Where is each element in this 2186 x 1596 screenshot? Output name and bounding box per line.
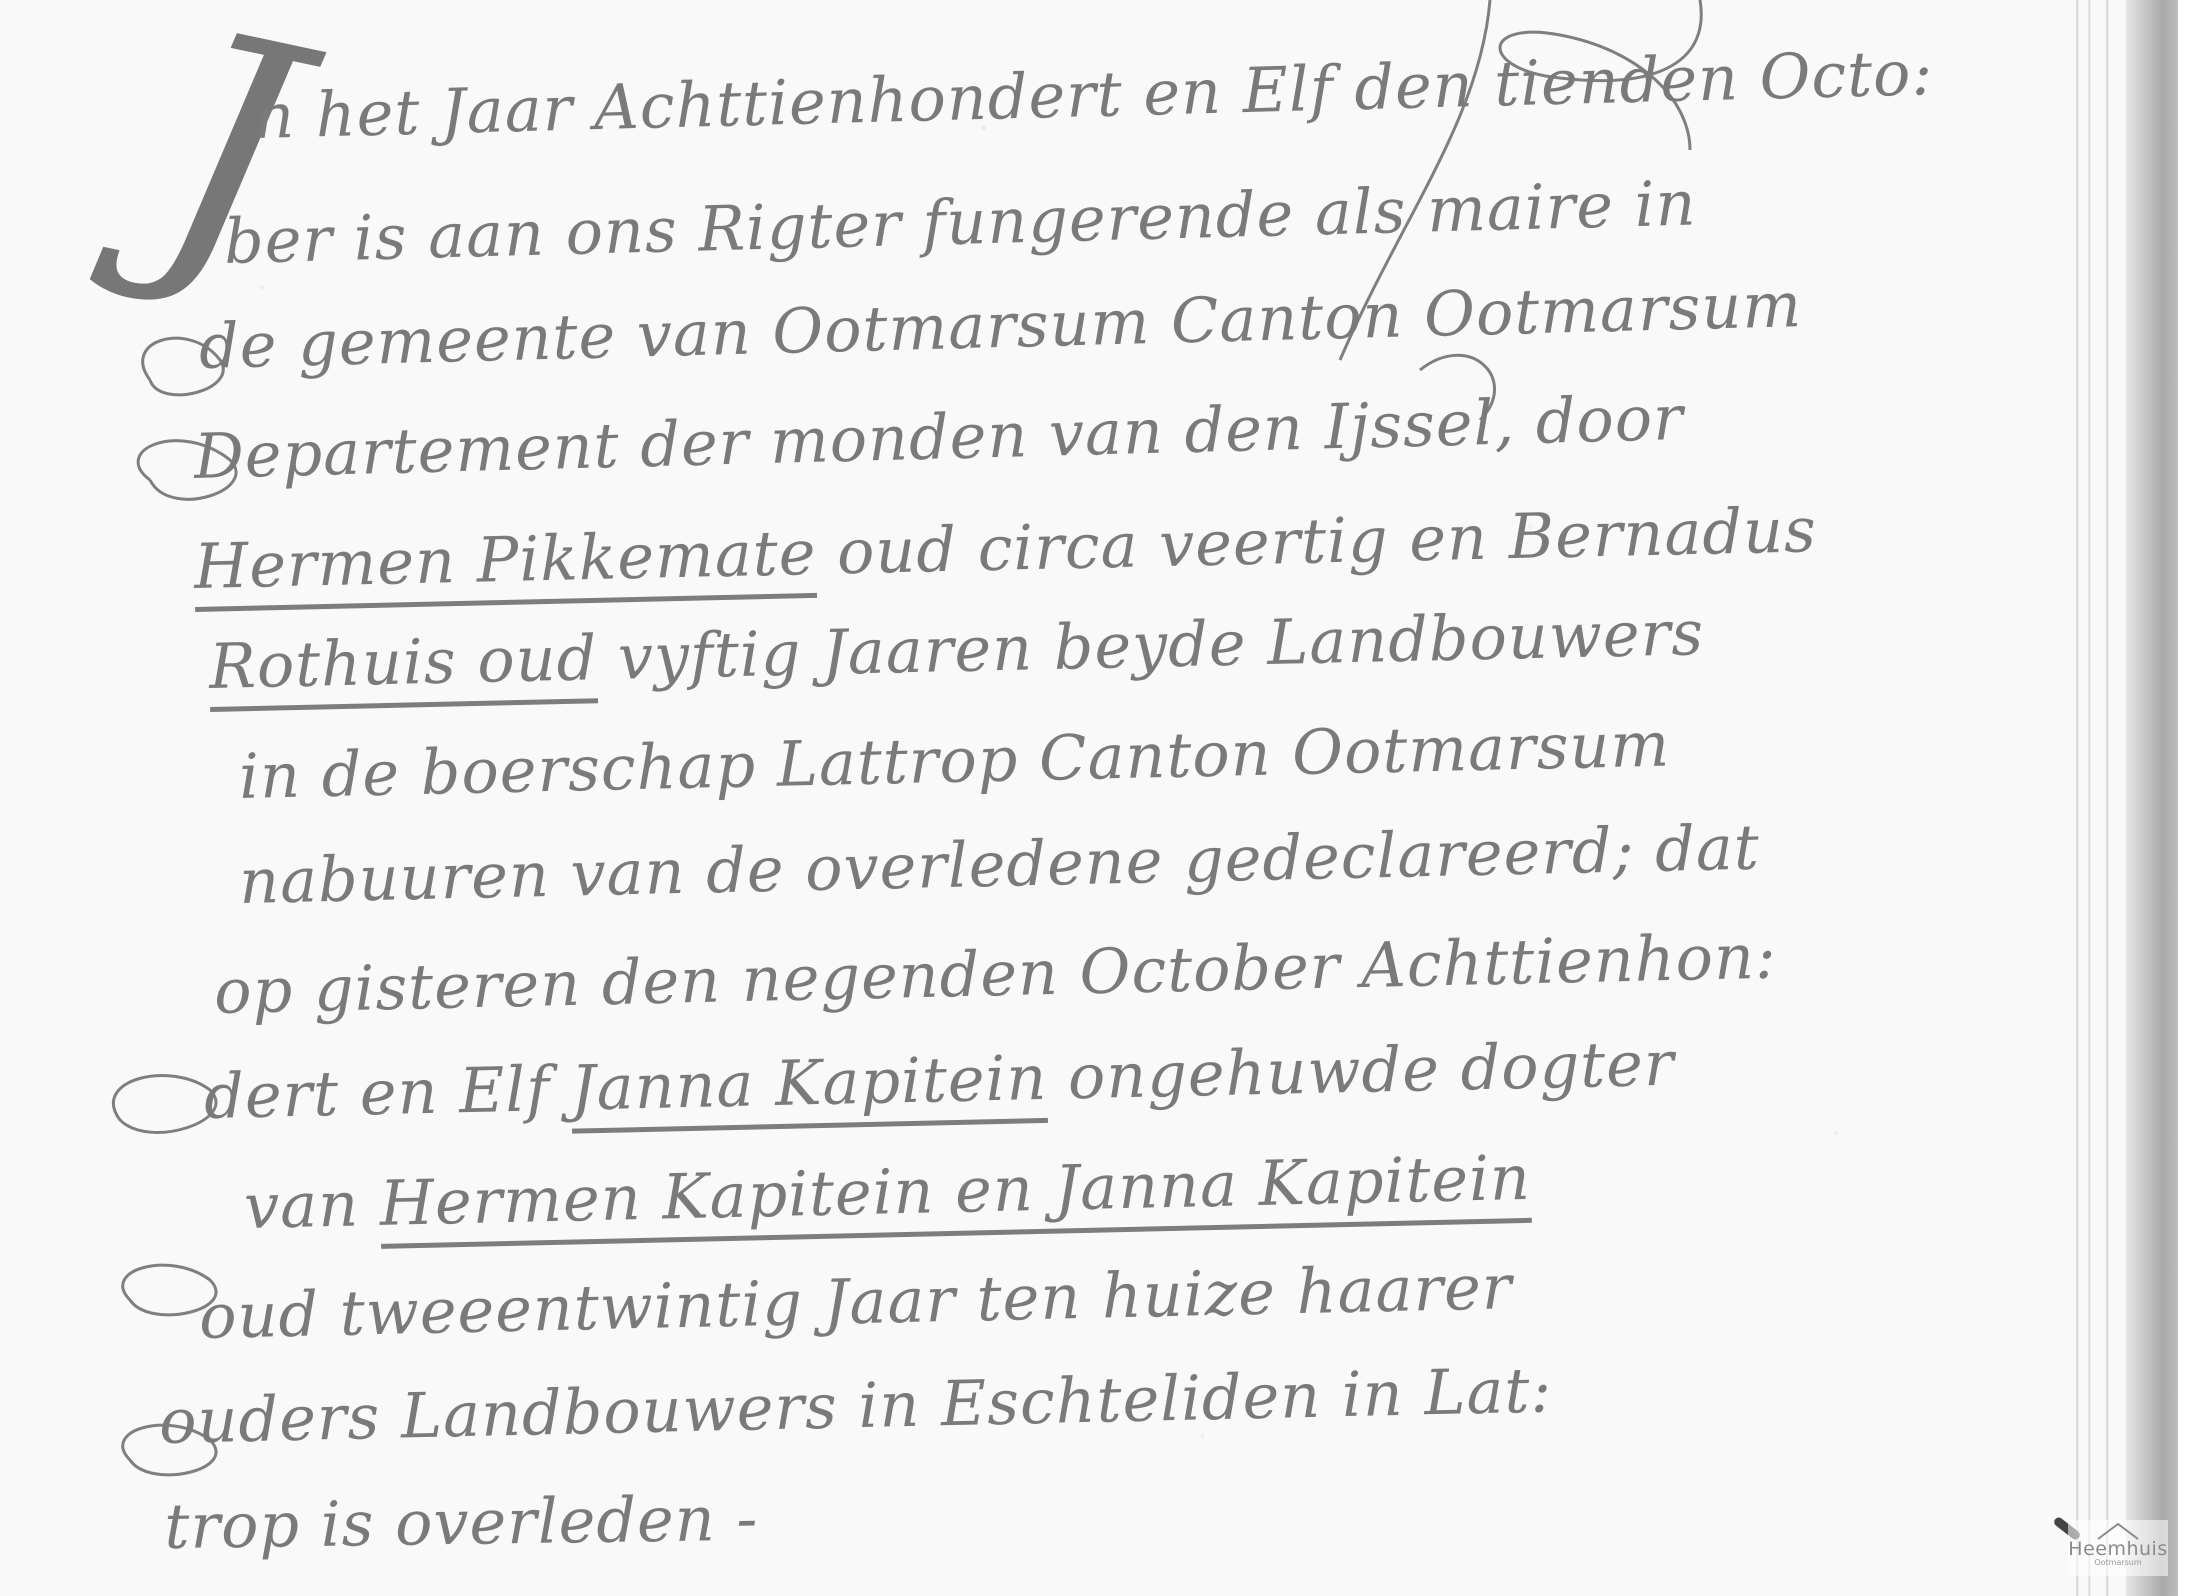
text-line-2: ber is aan ons Rigter fungerende als mai…: [223, 166, 1697, 278]
text-line-3: de gemeente van Ootmarsum Canton Ootmars…: [198, 268, 1803, 383]
text-line-11: van Hermen Kapitein en Janna Kapitein: [243, 1141, 1531, 1243]
text-line-12: oud tweeentwintig Jaar ten huize haarer: [198, 1250, 1513, 1353]
document-page: J n het Jaar Achttienhondert en Elf den …: [0, 0, 2186, 1596]
heemhuis-watermark: Heemhuis Ootmarsum: [2068, 1520, 2168, 1576]
text-segment: vyftig Jaaren beyde Landbouwers: [596, 596, 1704, 694]
book-binding-edge: [2066, 0, 2186, 1596]
text-line-5: Hermen Pikkemate oud circa veertig en Be…: [193, 493, 1817, 603]
name-bernadus: Bernadus: [1508, 493, 1818, 573]
text-line-6: Rothuis oud vyftig Jaaren beyde Landbouw…: [208, 596, 1704, 703]
text-line-10: dert en Elf Janna Kapitein ongehuwde dog…: [203, 1027, 1675, 1133]
text-segment: oud circa veertig en: [815, 500, 1509, 589]
text-line-7: in de boerschap Lattrop Canton Ootmarsum: [238, 708, 1671, 813]
text-line-9: op gisteren den negenden October Achttie…: [213, 920, 1777, 1028]
text-line-8: nabuuren van de overledene gedeclareerd;…: [238, 811, 1760, 918]
outer-margin: [2178, 0, 2186, 1596]
underlined-name-hermen-pikkemate: Hermen Pikkemate: [193, 516, 817, 612]
text-segment: dert en Elf: [203, 1052, 571, 1133]
binding-shadow: [2126, 0, 2178, 1596]
underlined-parents-names: Hermen Kapitein en Janna Kapitein: [379, 1141, 1532, 1249]
manuscript-text: J n het Jaar Achttienhondert en Elf den …: [0, 0, 2060, 1596]
watermark-name: Heemhuis: [2068, 1540, 2168, 1558]
text-line-14: trop is overleden -: [164, 1482, 759, 1563]
underlined-name-janna-kapitein: Janna Kapitein: [570, 1041, 1048, 1134]
text-line-4: Departement der monden van den Ijssel, d…: [193, 381, 1684, 493]
underlined-name-rothuis: Rothuis oud: [208, 621, 598, 712]
text-line-1: n het Jaar Achttienhondert en Elf den ti…: [253, 36, 1934, 153]
text-segment: ongehuwde dogter: [1046, 1027, 1675, 1114]
text-line-13: ouders Landbouwers in Eschteliden in Lat…: [158, 1353, 1553, 1458]
page-edges: [2066, 0, 2126, 1596]
text-segment: van: [243, 1167, 380, 1243]
